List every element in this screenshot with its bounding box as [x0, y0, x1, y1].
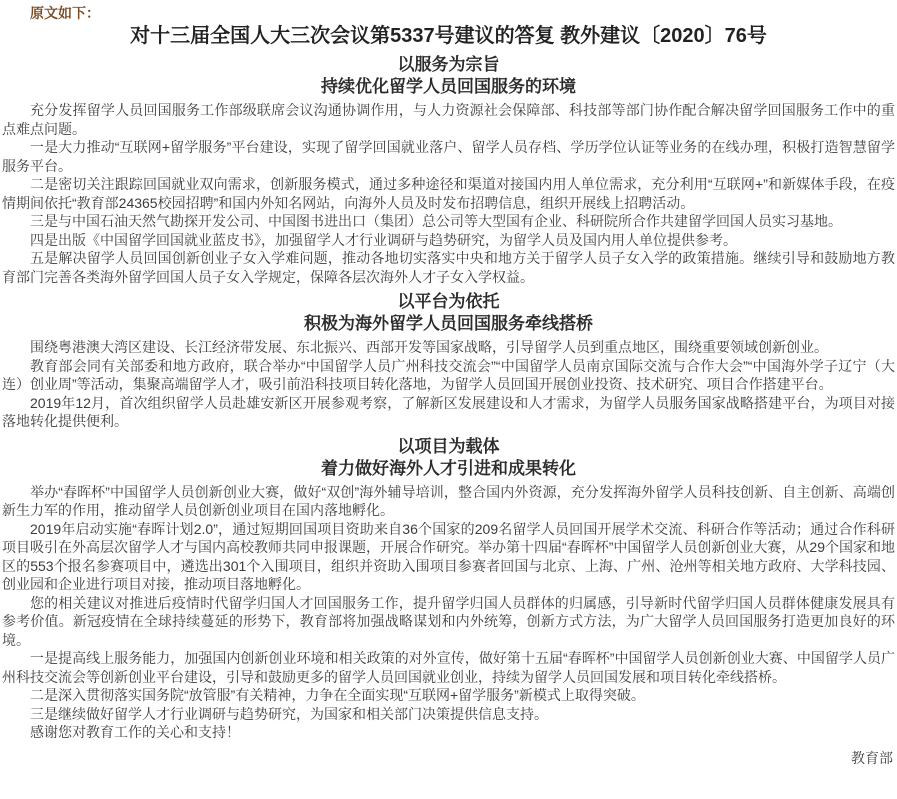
paragraph: 充分发挥留学人员回国服务工作部级联席会议沟通协调作用，与人力资源社会保障部、科技… — [2, 101, 895, 138]
section-heading-line2: 持续优化留学人员回国服务的环境 — [2, 76, 895, 98]
paragraph: 感谢您对教育工作的关心和支持！ — [2, 723, 895, 742]
paragraph: 举办“春晖杯”中国留学人员创新创业大赛，做好“双创”海外辅导培训，整合国内外资源… — [2, 483, 895, 520]
reply-document: 原文如下： 对十三届全国人大三次会议第5337号建议的答复 教外建议〔2020〕… — [0, 0, 897, 767]
paragraph: 2019年12月，首次组织留学人员赴雄安新区开展参观考察，了解新区发展建设和人才… — [2, 394, 895, 431]
paragraph: 教育部会同有关部委和地方政府，联合举办“中国留学人员广州科技交流会”“中国留学人… — [2, 357, 895, 394]
paragraph: 一是提高线上服务能力，加强国内创新创业环境和相关政策的对外宣传，做好第十五届“春… — [2, 649, 895, 686]
paragraph: 您的相关建议对推进后疫情时代留学归国人才回国服务工作，提升留学归国人员群体的归属… — [2, 594, 895, 650]
paragraph: 围绕粤港澳大湾区建设、长江经济带发展、东北振兴、西部开发等国家战略，引导留学人员… — [2, 338, 895, 357]
paragraph: 一是大力推动“互联网+留学服务”平台建设，实现了留学回国就业落户、留学人员存档、… — [2, 138, 895, 175]
section-heading-line1: 以服务为宗旨 — [2, 54, 895, 76]
section-heading-platform: 以平台为依托 积极为海外留学人员回国服务牵线搭桥 — [2, 291, 895, 335]
paragraph: 二是密切关注跟踪回国就业双向需求，创新服务模式，通过多种途径和渠道对接国内用人单… — [2, 175, 895, 212]
section-heading-service: 以服务为宗旨 持续优化留学人员回国服务的环境 — [2, 54, 895, 98]
section-platform: 以平台为依托 积极为海外留学人员回国服务牵线搭桥 围绕粤港澳大湾区建设、长江经济… — [2, 291, 895, 431]
signature: 教育部 — [2, 749, 893, 767]
section-heading-line1: 以平台为依托 — [2, 291, 895, 313]
paragraph: 四是出版《中国留学回国就业蓝皮书》，加强留学人才行业调研与趋势研究，为留学人员及… — [2, 231, 895, 250]
paragraph: 三是继续做好留学人才行业调研与趋势研究，为国家和相关部门决策提供信息支持。 — [2, 705, 895, 724]
document-title: 对十三届全国人大三次会议第5337号建议的答复 教外建议〔2020〕76号 — [2, 24, 895, 49]
section-heading-line2: 积极为海外留学人员回国服务牵线搭桥 — [2, 313, 895, 335]
paragraph: 二是深入贯彻落实国务院“放管服”有关精神，力争在全面实现“互联网+留学服务”新模… — [2, 686, 895, 705]
section-service: 以服务为宗旨 持续优化留学人员回国服务的环境 充分发挥留学人员回国服务工作部级联… — [2, 54, 895, 286]
section-heading-project: 以项目为载体 着力做好海外人才引进和成果转化 — [2, 436, 895, 480]
intro-label: 原文如下： — [2, 5, 895, 22]
paragraph: 2019年启动实施“春晖计划2.0”，通过短期回国项目资助来自36个国家的209… — [2, 520, 895, 594]
section-project: 以项目为载体 着力做好海外人才引进和成果转化 举办“春晖杯”中国留学人员创新创业… — [2, 436, 895, 742]
section-heading-line2: 着力做好海外人才引进和成果转化 — [2, 458, 895, 480]
section-heading-line1: 以项目为载体 — [2, 436, 895, 458]
paragraph: 三是与中国石油天然气勘探开发公司、中国图书进出口（集团）总公司等大型国有企业、科… — [2, 212, 895, 231]
paragraph: 五是解决留学人员回国创新创业子女入学难问题，推动各地切实落实中央和地方关于留学人… — [2, 249, 895, 286]
